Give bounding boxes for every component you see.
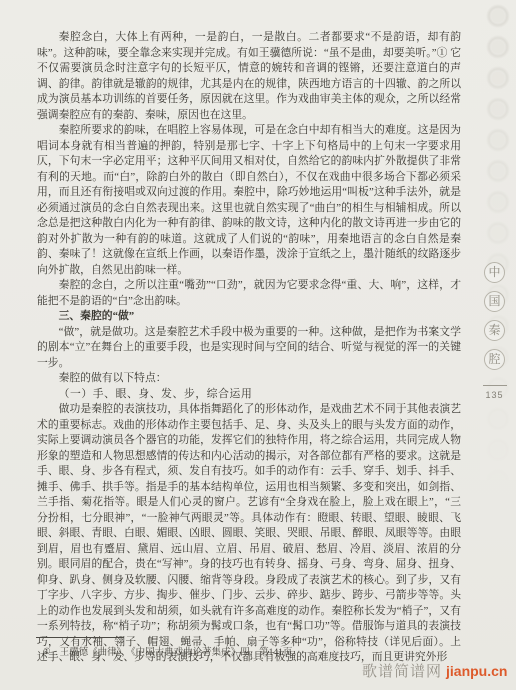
seal-char-qin: 秦 [484, 320, 505, 341]
section-heading-zuo: 三、秦腔的“做” [37, 309, 461, 325]
paragraph-zuogong: 做功是秦腔的表演技功，具体指舞蹈化了的形体动作，是戏曲艺术不同于其他表演艺术的重… [37, 402, 461, 666]
footnote-text: 王骥德《曲律》，《中国古典戏曲论著集成》四，第141页。 [60, 648, 302, 658]
seal-char-zhong: 中 [484, 262, 505, 283]
sub-heading-zonghe-yunyong: （一）手、眼、身、发、步，综合运用 [37, 387, 461, 403]
main-text: 秦腔念白，大体上有两种，一是韵白，一是散白。二者都要求“不是韵语，却有韵味”。这… [37, 30, 461, 666]
book-page: 秦腔念白，大体上有两种，一是韵白，一是散白。二者都要求“不是韵语，却有韵味”。这… [0, 0, 516, 690]
footnote: ①王骥德《曲律》，《中国古典戏曲论著集成》四，第141页。 [43, 646, 443, 660]
paragraph-nianbai-intro: 秦腔念白，大体上有两种，一是韵白，一是散白。二者都要求“不是韵语，却有韵味”。这… [37, 30, 461, 123]
footnote-divider [36, 637, 124, 638]
page-number: 135 [485, 390, 503, 400]
footnote-marker: ① [43, 645, 51, 658]
paragraph-zuijin: 秦腔的念白，之所以注重“嘴劲”“口劲”，就因为它要求念得“重、大、响”，这样，才… [37, 278, 461, 309]
page-number-rule [483, 385, 507, 386]
side-title-column: 中 国 秦 腔 135 [484, 262, 505, 400]
paragraph-tedian-lead: 秦腔的做有以下特点： [37, 371, 461, 387]
watermark: 歌谱简谱网jianpu.cn [362, 661, 507, 682]
watermark-site-name: 歌谱简谱网 [362, 664, 442, 680]
page-edge-ornament-fade [480, 0, 516, 480]
watermark-domain: jianpu.cn [446, 663, 507, 679]
seal-char-qiang: 腔 [484, 349, 505, 370]
seal-char-guo: 国 [484, 291, 505, 312]
paragraph-zuo-intro: “做”，就是做功。这是秦腔艺术手段中极为重要的一种。这种做，是把作为书案文学的剧… [37, 325, 461, 372]
paragraph-yunwei: 秦腔所要求的韵味，在唱腔上容易体现，可是在念白中却有相当大的难度。这是因为唱词本… [37, 123, 461, 278]
